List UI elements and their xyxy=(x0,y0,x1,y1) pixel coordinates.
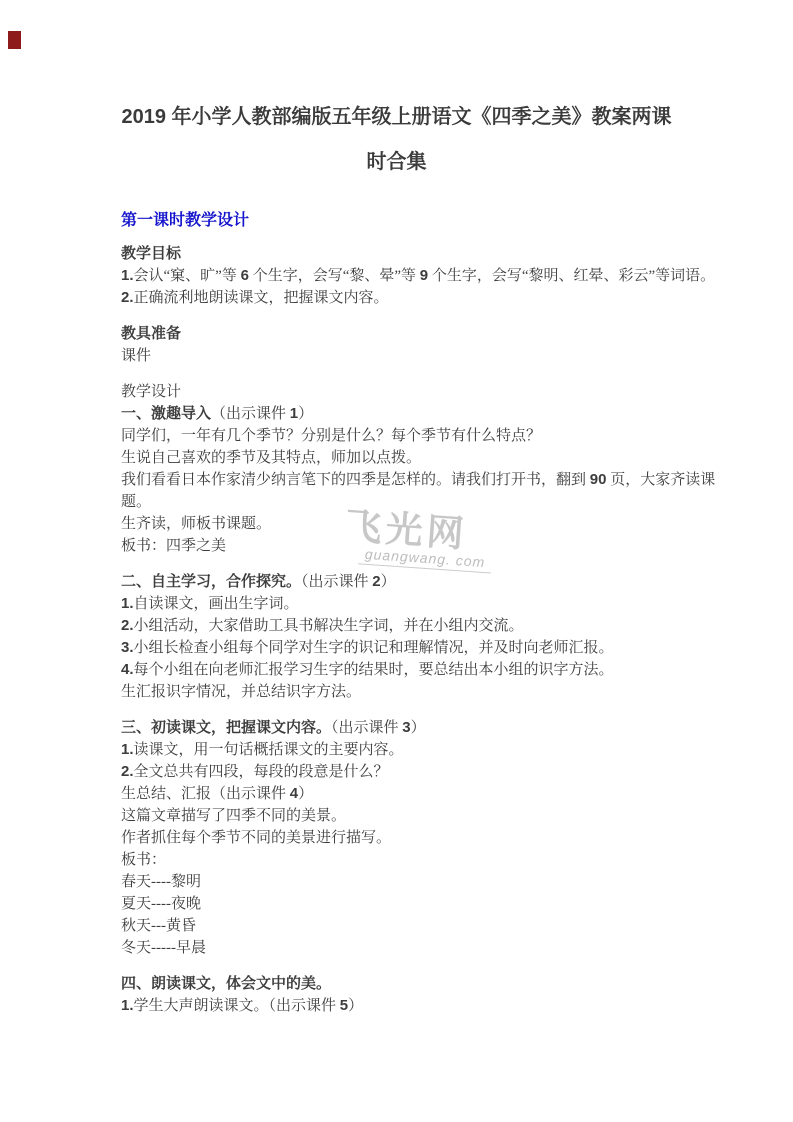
text-segment: 个生字，会写“黎、晕”等 xyxy=(249,268,420,284)
text-segment: 小组长检查小组每个同学对生字的识记和理解情况，并及时向老师汇报。 xyxy=(134,640,614,656)
text-line: 生总结、汇报（出示课件 4） xyxy=(121,783,672,805)
text-segment: 正确流利地朗读课文，把握课文内容。 xyxy=(134,290,389,306)
text-segment: 2. xyxy=(121,617,134,634)
text-line: 教学设计 xyxy=(121,381,672,403)
text-segment: 这篇文章描写了四季不同的美景。 xyxy=(121,808,346,824)
text-segment: 同学们，一年有几个季节？分别是什么？每个季节有什么特点？ xyxy=(121,428,541,444)
text-segment: 读课文，用一句话概括课文的主要内容。 xyxy=(134,742,404,758)
text-segment: 4. xyxy=(121,661,134,678)
text-segment: 学生大声朗读课文。（出示课件 xyxy=(134,998,340,1014)
document-body: 教学目标1.会认“窠、旷”等 6 个生字，会写“黎、晕”等 9 个生字，会写“黎… xyxy=(121,243,672,1017)
text-segment: 三、初读课文，把握课文内容。 xyxy=(121,720,331,736)
text-line: 冬天-----早晨 xyxy=(121,937,672,959)
text-segment: 1. xyxy=(121,595,134,612)
text-line: 1.读课文，用一句话概括课文的主要内容。 xyxy=(121,739,672,761)
text-segment: 生说自己喜欢的季节及其特点，师加以点拨。 xyxy=(121,450,421,466)
text-segment: 冬天-----早晨 xyxy=(121,940,206,956)
text-line: 3.小组长检查小组每个同学对生字的识记和理解情况，并及时向老师汇报。 xyxy=(121,637,672,659)
text-line: 1.学生大声朗读课文。（出示课件 5） xyxy=(121,995,672,1017)
text-line: 四、朗读课文，体会文中的美。 xyxy=(121,973,672,995)
text-segment: 90 xyxy=(590,471,607,488)
text-segment: （出示课件 xyxy=(331,720,402,736)
text-segment: 春天----黎明 xyxy=(121,874,201,890)
text-segment: 2. xyxy=(121,763,134,780)
text-segment: 页，大家齐读课 xyxy=(606,472,715,488)
text-segment: 3. xyxy=(121,639,134,656)
text-segment: 9 xyxy=(420,267,428,284)
text-segment: 教学设计 xyxy=(121,384,181,400)
blank-line xyxy=(121,309,672,323)
document-title-line1: 2019 年小学人教部编版五年级上册语文《四季之美》教案两课 xyxy=(121,95,672,140)
text-line: 1.自读课文，画出生字词。 xyxy=(121,593,672,615)
text-segment: 1 xyxy=(290,405,298,422)
text-line: 生齐读，师板书课题。 xyxy=(121,513,672,535)
text-segment: 秋天---黄昏 xyxy=(121,918,196,934)
text-segment: 6 xyxy=(241,267,249,284)
text-segment: 板书：四季之美 xyxy=(121,538,226,554)
document-content: 2019 年小学人教部编版五年级上册语文《四季之美》教案两课 时合集 第一课时教… xyxy=(0,95,793,1017)
text-segment: 板书： xyxy=(121,852,166,868)
text-segment: 自读课文，画出生字词。 xyxy=(134,596,299,612)
text-segment: 2. xyxy=(121,289,134,306)
text-segment: 生总结、汇报（出示课件 xyxy=(121,786,290,802)
text-segment: 生汇报识字情况，并总结识字方法。 xyxy=(121,684,361,700)
document-title-line2: 时合集 xyxy=(121,140,672,185)
text-line: 我们看看日本作家清少纳言笔下的四季是怎样的。请我们打开书，翻到 90 页，大家齐… xyxy=(121,469,672,491)
document-page: 飞光网 guangwang. com 2019 年小学人教部编版五年级上册语文《… xyxy=(0,0,793,1122)
text-segment: ） xyxy=(411,720,426,736)
text-line: 2.正确流利地朗读课文，把握课文内容。 xyxy=(121,287,672,309)
text-segment: 会认“窠、旷”等 xyxy=(134,268,241,284)
text-line: 春天----黎明 xyxy=(121,871,672,893)
text-line: 1.会认“窠、旷”等 6 个生字，会写“黎、晕”等 9 个生字，会写“黎明、红晕… xyxy=(121,265,672,287)
text-line: 秋天---黄昏 xyxy=(121,915,672,937)
text-segment: 二、自主学习，合作探究。 xyxy=(121,574,301,590)
text-segment: 1. xyxy=(121,267,134,284)
text-line: 课件 xyxy=(121,345,672,367)
text-segment: 四、朗读课文，体会文中的美。 xyxy=(121,976,331,992)
text-segment: 3 xyxy=(402,719,410,736)
text-segment: 教学目标 xyxy=(121,246,181,262)
text-line: 教具准备 xyxy=(121,323,672,345)
text-segment: 1. xyxy=(121,997,134,1014)
text-line: 2.全文总共有四段，每段的段意是什么？ xyxy=(121,761,672,783)
section-heading: 第一课时教学设计 xyxy=(121,211,672,231)
corner-mark xyxy=(8,31,21,49)
text-segment: 全文总共有四段，每段的段意是什么？ xyxy=(134,764,389,780)
text-segment: 一、激趣导入 xyxy=(121,406,211,422)
text-segment: 作者抓住每个季节不同的美景进行描写。 xyxy=(121,830,391,846)
text-line: 生说自己喜欢的季节及其特点，师加以点拨。 xyxy=(121,447,672,469)
text-segment: 教具准备 xyxy=(121,326,181,342)
blank-line xyxy=(121,367,672,381)
text-segment: （出示课件 xyxy=(211,406,290,422)
text-line: 生汇报识字情况，并总结识字方法。 xyxy=(121,681,672,703)
text-line: 题。 xyxy=(121,491,672,513)
text-line: 4.每个小组在向老师汇报学习生字的结果时，要总结出本小组的识字方法。 xyxy=(121,659,672,681)
text-line: 二、自主学习，合作探究。（出示课件 2） xyxy=(121,571,672,593)
text-segment: 课件 xyxy=(121,348,151,364)
text-segment: ） xyxy=(348,998,363,1014)
text-line: 同学们，一年有几个季节？分别是什么？每个季节有什么特点？ xyxy=(121,425,672,447)
text-segment: 1. xyxy=(121,741,134,758)
text-line: 板书：四季之美 xyxy=(121,535,672,557)
text-segment: 4 xyxy=(290,785,298,802)
blank-line xyxy=(121,557,672,571)
text-segment: 2 xyxy=(372,573,380,590)
document-title: 2019 年小学人教部编版五年级上册语文《四季之美》教案两课 时合集 xyxy=(121,95,672,185)
text-line: 三、初读课文，把握课文内容。（出示课件 3） xyxy=(121,717,672,739)
text-segment: ） xyxy=(298,786,313,802)
text-segment: （出示课件 xyxy=(301,574,372,590)
text-line: 作者抓住每个季节不同的美景进行描写。 xyxy=(121,827,672,849)
text-segment: ） xyxy=(381,574,396,590)
blank-line xyxy=(121,703,672,717)
text-segment: 个生字，会写“黎明、红晕、彩云”等词语。 xyxy=(428,268,715,284)
text-line: 这篇文章描写了四季不同的美景。 xyxy=(121,805,672,827)
text-line: 一、激趣导入（出示课件 1） xyxy=(121,403,672,425)
text-segment: 生齐读，师板书课题。 xyxy=(121,516,271,532)
text-segment: 每个小组在向老师汇报学习生字的结果时，要总结出本小组的识字方法。 xyxy=(134,662,614,678)
text-line: 夏天----夜晚 xyxy=(121,893,672,915)
text-segment: 夏天----夜晚 xyxy=(121,896,201,912)
text-segment: ） xyxy=(298,406,313,422)
text-segment: 我们看看日本作家清少纳言笔下的四季是怎样的。请我们打开书，翻到 xyxy=(121,472,590,488)
text-line: 2.小组活动，大家借助工具书解决生字词，并在小组内交流。 xyxy=(121,615,672,637)
text-line: 板书： xyxy=(121,849,672,871)
text-line: 教学目标 xyxy=(121,243,672,265)
text-segment: 小组活动，大家借助工具书解决生字词，并在小组内交流。 xyxy=(134,618,524,634)
text-segment: 5 xyxy=(340,997,348,1014)
text-segment: 题。 xyxy=(121,494,151,510)
blank-line xyxy=(121,959,672,973)
